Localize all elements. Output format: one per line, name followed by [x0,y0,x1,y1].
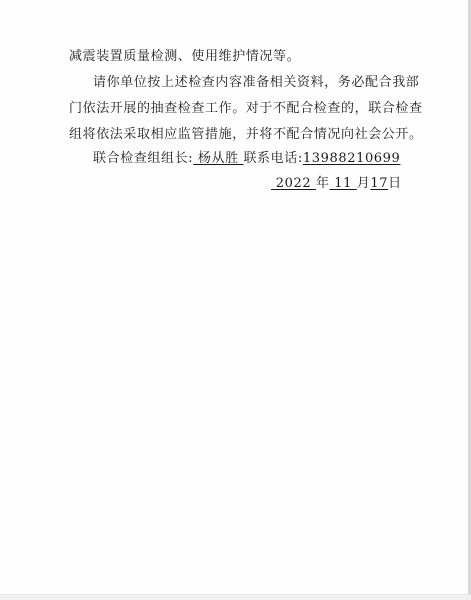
date-year: 2022 [271,176,316,191]
date-line: 2022 年 11 月17日 [271,176,402,192]
date-month: 11 [330,176,357,191]
paragraph-line-4: 组将依法采取相应监管措施，并将不配合情况向社会公开。 [69,127,423,143]
paragraph-line-3: 门依法开展的抽查检查工作。对于不配合检查的，联合检查 [69,101,423,117]
date-day: 17 [370,176,388,191]
date-month-unit: 月 [357,176,371,191]
paragraph-line-2: 请你单位按上述检查内容准备相关资料，务必配合我部 [93,75,419,91]
contact-line: 联合检查组组长: 杨从胜 联系电话:13988210699 [93,151,400,167]
leader-name: 杨从胜 [193,151,243,166]
document-page: 减震装置质量检测、使用维护情况等。 请你单位按上述检查内容准备相关资料，务必配合… [0,0,468,594]
paragraph-line-1: 减震装置质量检测、使用维护情况等。 [69,49,300,65]
phone-label: 联系电话: [243,151,302,166]
page-bottom-edge [0,594,471,600]
date-day-unit: 日 [388,176,402,191]
leader-label: 联合检查组组长: [93,151,193,166]
phone-number: 13988210699 [303,151,401,166]
date-year-unit: 年 [316,176,330,191]
